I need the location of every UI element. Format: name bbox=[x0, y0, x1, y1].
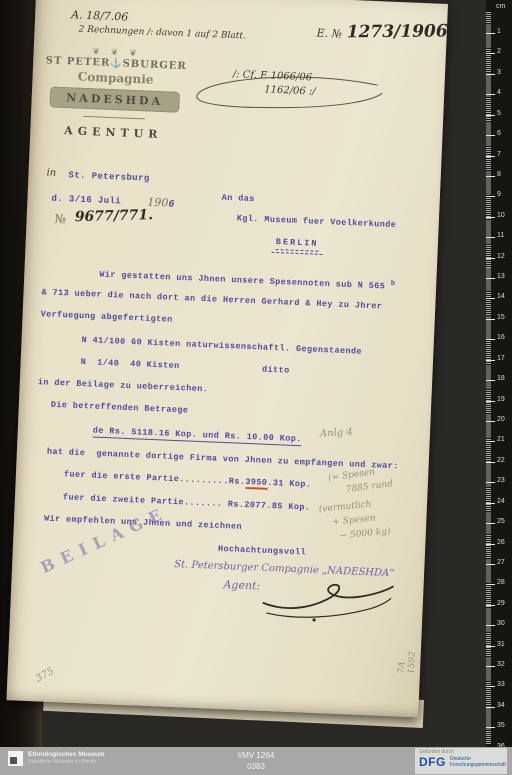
dfg-logo: DFG bbox=[419, 755, 446, 769]
dateline-in: in bbox=[46, 167, 56, 178]
agent-label: Agent: bbox=[223, 578, 260, 593]
recipient-museum: Kgl. Museum fuer Voelkerkunde bbox=[237, 213, 397, 230]
pencil-shelfmark-vertical: 7A 1592 bbox=[397, 647, 418, 674]
body-line-713: & 713 ueber die nach dort an die Herren … bbox=[41, 287, 382, 311]
closing-hochachtungsvoll: Hochachtungsvoll bbox=[218, 544, 306, 558]
swoosh-underline bbox=[181, 63, 393, 122]
nadeshda-banner: NADESHDA bbox=[49, 86, 180, 112]
body-line-partie1: fuer die erste Partie.........Rs.3950.31… bbox=[64, 469, 312, 489]
dfg-name: Deutsche Forschungsgemeinschaft bbox=[450, 756, 506, 768]
pencil-page-number: 375 bbox=[34, 666, 56, 685]
body-line-verfuegung: Verfuegung abgefertigten bbox=[40, 309, 172, 325]
letterhead: ❦ ❦ ❦ ST PETER⚓SBURGER Compagnie NADESHD… bbox=[38, 45, 192, 142]
ruler-unit-label: cm bbox=[496, 3, 505, 10]
margin-note-spesen2-l3: − 5000 kg) bbox=[339, 527, 391, 542]
ruler: cm 1234567891011121314151617181920212223… bbox=[486, 0, 512, 747]
annotation-contents: 2 Rechnungen /: davon 1 auf 2 Blatt. bbox=[78, 25, 246, 42]
entry-number-label: E. № bbox=[316, 27, 342, 41]
agentur-label: AGENTUR bbox=[38, 123, 188, 142]
margin-note-anlage: Anlg 4 bbox=[320, 427, 353, 440]
agent-signature bbox=[256, 569, 398, 627]
letterhead-divider bbox=[83, 116, 145, 120]
dateline-date: d. 3/16 Juli bbox=[51, 194, 121, 207]
margin-note-spesen1-l2: 7885 rund bbox=[345, 479, 393, 495]
body-line-kisten1: N 41/100 60 Kisten naturwissenschaftl. G… bbox=[81, 335, 362, 357]
body-line-summe: de Rs. 5118.16 Kop. und Rs. 10.00 Kop. bbox=[93, 426, 302, 447]
body-line-beilage: in der Beilage zu ueberreichen. bbox=[38, 377, 209, 394]
body-line-wir: Wir gestatten uns Jhnen unsere Spesennot… bbox=[99, 268, 395, 292]
recipient-an-das: An das bbox=[221, 193, 254, 204]
footer-bar: Ethnologisches Museum Staatliche Museen … bbox=[0, 747, 512, 775]
dfg-credit: Gefördert durch DFG Deutsche Forschungsg… bbox=[415, 748, 507, 774]
number-label: № bbox=[54, 212, 66, 226]
margin-note-spesen2-l2: + Spesen bbox=[332, 513, 376, 527]
recipient-city: BERLIN bbox=[276, 237, 319, 249]
margin-note-spesen2-l1: (vermutlich bbox=[318, 500, 371, 515]
body-line-kisten2: N 1/40 40 Kisten ditto bbox=[80, 357, 289, 376]
body-line-firma: hat die genannte dortige Firma von Jhnen… bbox=[47, 447, 399, 472]
dateline-city: St. Petersburg bbox=[68, 170, 150, 183]
body-line-betraege: Die betreffenden Betraege bbox=[51, 400, 189, 416]
body-line-partie2: fuer die zweite Partie....... Rs.2077.85… bbox=[63, 492, 311, 512]
anchor-icon: ⚓ bbox=[110, 59, 123, 70]
ruler-minor-ticks bbox=[486, 12, 491, 745]
scanned-letter-page: A. 18/7.06 2 Rechnungen /: davon 1 auf 2… bbox=[6, 0, 448, 717]
entry-number-value: 1273/1906 bbox=[347, 21, 448, 42]
margin-note-spesen1-l1: (= Spesen bbox=[328, 467, 376, 483]
annotation-received-date: A. 18/7.06 bbox=[71, 8, 129, 23]
red-underlined-amount: 3950 bbox=[245, 477, 267, 490]
number-value: 9677/771. bbox=[75, 207, 154, 225]
